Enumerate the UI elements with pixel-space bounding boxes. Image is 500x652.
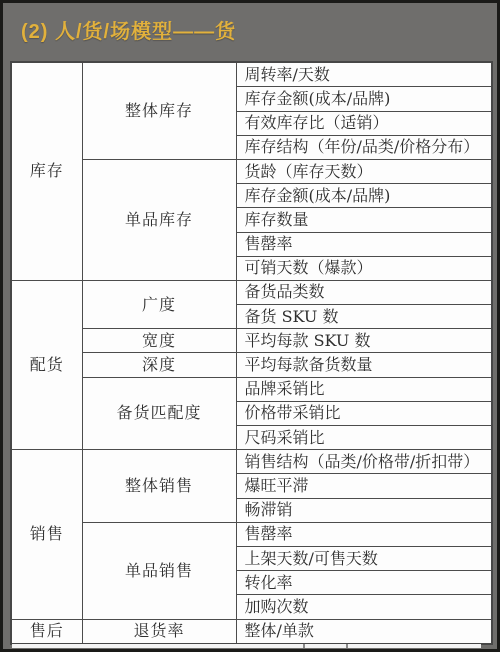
table-row: 备货匹配度品牌采销比 <box>11 377 492 401</box>
metric-cell: 库存数量 <box>236 208 492 232</box>
group-cell: 深度 <box>82 353 236 377</box>
group-cell: 整体库存 <box>82 62 236 159</box>
group-cell: 单品库存 <box>82 159 236 280</box>
metric-cell: 货龄（库存天数） <box>236 159 492 183</box>
group-cell: 整体销售 <box>82 450 236 523</box>
metric-cell: 平均每款备货数量 <box>236 353 492 377</box>
table-row: 深度平均每款备货数量 <box>11 353 492 377</box>
metric-cell: 有效库存比（适销） <box>236 111 492 135</box>
strip-tick <box>346 644 348 648</box>
metric-cell: 价格带采销比 <box>236 401 492 425</box>
metrics-table-body: 库存整体库存周转率/天数库存金额(成本/品牌)有效库存比（适销）库存结构（年份/… <box>11 62 492 644</box>
metric-cell: 爆旺平滞 <box>236 474 492 498</box>
table-row: 销售整体销售销售结构（品类/价格带/折扣带） <box>11 450 492 474</box>
page-title: (2) 人/货/场模型——货 <box>21 15 236 44</box>
metric-cell: 平均每款 SKU 数 <box>236 329 492 353</box>
metric-cell: 整体/单款 <box>236 619 492 644</box>
metric-cell: 库存结构（年份/品类/价格分布） <box>236 135 492 159</box>
metric-cell: 周转率/天数 <box>236 62 492 87</box>
metric-cell: 库存金额(成本/品牌) <box>236 87 492 111</box>
metric-cell: 尺码采销比 <box>236 426 492 450</box>
metric-cell: 售罄率 <box>236 522 492 546</box>
metrics-table: 库存整体库存周转率/天数库存金额(成本/品牌)有效库存比（适销）库存结构（年份/… <box>10 61 493 645</box>
metric-cell: 销售结构（品类/价格带/折扣带） <box>236 450 492 474</box>
section-cell: 配货 <box>11 280 82 449</box>
group-cell: 退货率 <box>82 619 236 644</box>
table-row: 配货广度备货品类数 <box>11 280 492 304</box>
table-row: 单品销售售罄率 <box>11 522 492 546</box>
metric-cell: 库存金额(成本/品牌) <box>236 184 492 208</box>
strip-tick <box>303 644 305 648</box>
slide-background: (2) 人/货/场模型——货 库存整体库存周转率/天数库存金额(成本/品牌)有效… <box>3 3 497 649</box>
metric-cell: 畅滞销 <box>236 498 492 522</box>
section-cell: 库存 <box>11 62 82 280</box>
metric-cell: 售罄率 <box>236 232 492 256</box>
metric-cell: 备货 SKU 数 <box>236 305 492 329</box>
table-row: 售后退货率整体/单款 <box>11 619 492 644</box>
table-row: 单品库存货龄（库存天数） <box>11 159 492 183</box>
table-row: 宽度平均每款 SKU 数 <box>11 329 492 353</box>
table-row: 库存整体库存周转率/天数 <box>11 62 492 87</box>
metric-cell: 加购次数 <box>236 595 492 619</box>
metric-cell: 品牌采销比 <box>236 377 492 401</box>
section-cell: 销售 <box>11 450 82 619</box>
slide-frame: (2) 人/货/场模型——货 库存整体库存周转率/天数库存金额(成本/品牌)有效… <box>0 0 500 652</box>
group-cell: 单品销售 <box>82 522 236 619</box>
metric-cell: 可销天数（爆款） <box>236 256 492 280</box>
group-cell: 备货匹配度 <box>82 377 236 450</box>
group-cell: 广度 <box>82 280 236 328</box>
metric-cell: 备货品类数 <box>236 280 492 304</box>
group-cell: 宽度 <box>82 329 236 353</box>
metric-cell: 转化率 <box>236 571 492 595</box>
section-cell: 售后 <box>11 619 82 644</box>
table-bottom-strip <box>12 644 481 648</box>
metric-cell: 上架天数/可售天数 <box>236 546 492 570</box>
